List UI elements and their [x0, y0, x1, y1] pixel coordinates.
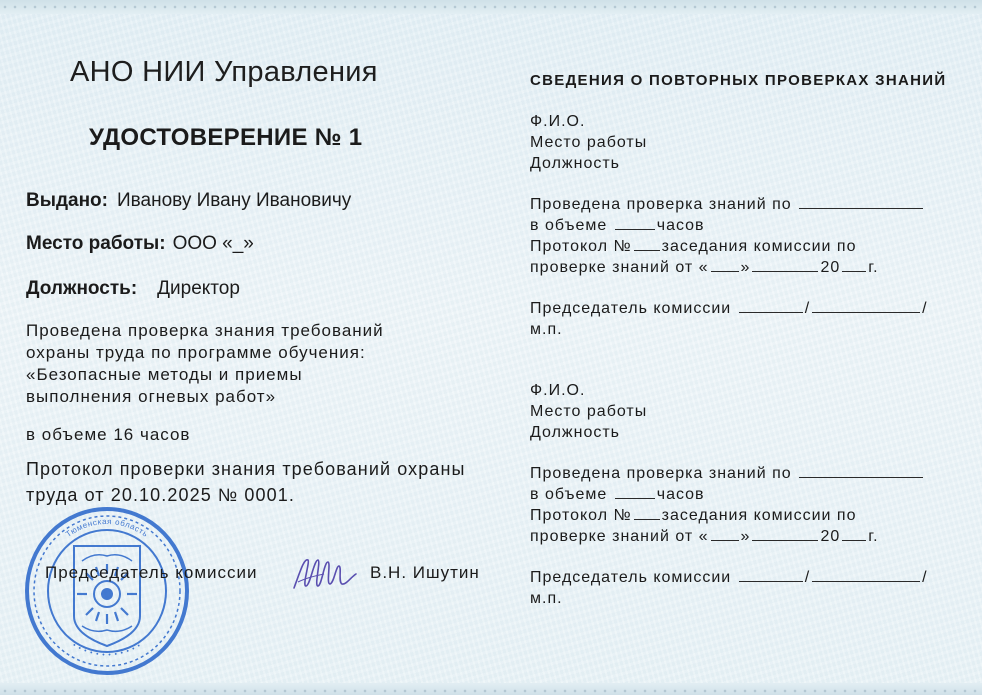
issued-to-value: Иванову Ивану Ивановичу [117, 190, 351, 211]
svg-text:Тюменская область: Тюменская область [64, 517, 150, 539]
seal-label: м.п. [530, 319, 928, 340]
volume-suffix: часов [657, 486, 705, 503]
subject-blank [799, 465, 923, 478]
position-field: Должность:Директор [26, 278, 240, 300]
organization-name: АНО НИИ Управления [70, 56, 378, 89]
name-blank [812, 300, 920, 313]
protocol-prefix: Протокол № [530, 238, 632, 255]
name-blank [812, 569, 920, 582]
slash: / [922, 300, 927, 317]
month-blank [752, 259, 818, 272]
quote-close: » [741, 528, 751, 545]
chair-label: Председатель комиссии [45, 563, 258, 583]
certificate-title: УДОСТОВЕРЕНИЕ № 1 [89, 124, 362, 152]
date-prefix: проверке знаний от « [530, 259, 709, 276]
chair-label: Председатель комиссии [530, 569, 731, 586]
repeat-check-entry-2: Ф.И.О. Место работы Должность Проведена … [530, 380, 928, 609]
month-blank [752, 528, 818, 541]
signature-blank [739, 300, 803, 313]
issued-to-field: Выдано:Иванову Ивану Ивановичу [26, 190, 351, 212]
fio-label: Ф.И.О. [530, 111, 928, 132]
protocol-number-blank [634, 238, 660, 251]
hours-text: в объеме 16 часов [26, 424, 190, 446]
workplace-value: ООО «_» [173, 233, 254, 254]
volume-suffix: часов [657, 217, 705, 234]
date-prefix: проверке знаний от « [530, 528, 709, 545]
protocol-suffix: заседания комиссии по [662, 507, 857, 524]
protocol-number-blank [634, 507, 660, 520]
year-blank [842, 528, 866, 541]
repeat-checks-title: СВЕДЕНИЯ О ПОВТОРНЫХ ПРОВЕРКАХ ЗНАНИЙ [530, 72, 946, 89]
check-text: Проведена проверка знаний по [530, 465, 792, 482]
year-blank [842, 259, 866, 272]
perforated-edge-top [0, 0, 982, 14]
hours-blank [615, 486, 655, 499]
slash: / [922, 569, 927, 586]
day-blank [711, 259, 739, 272]
slash: / [805, 569, 810, 586]
year-suffix: г. [868, 259, 878, 276]
issued-to-label: Выдано: [26, 190, 108, 211]
svg-text:• • • • • • • • • • • •: • • • • • • • • • • • • [71, 642, 143, 659]
round-seal-stamp-icon: Тюменская область • • • • • • • • • • • … [24, 506, 190, 676]
workplace-label: Место работы [530, 401, 928, 422]
protocol-suffix: заседания комиссии по [662, 238, 857, 255]
volume-prefix: в объеме [530, 217, 607, 234]
day-blank [711, 528, 739, 541]
position-label: Должность [530, 153, 928, 174]
perforated-edge-bottom [0, 683, 982, 695]
check-text: Проведена проверка знаний по [530, 196, 792, 213]
workplace-label: Место работы [530, 132, 928, 153]
position-value: Директор [157, 278, 240, 299]
chair-name: В.Н. Ишутин [370, 563, 480, 583]
year-prefix: 20 [820, 528, 840, 545]
repeat-check-entry-1: Ф.И.О. Место работы Должность Проведена … [530, 111, 928, 340]
quote-close: » [741, 259, 751, 276]
year-prefix: 20 [820, 259, 840, 276]
workplace-field: Место работы:ООО «_» [26, 233, 254, 255]
slash: / [805, 300, 810, 317]
protocol-text: Протокол проверки знания требований охра… [26, 456, 466, 508]
position-label: Должность [530, 422, 928, 443]
workplace-label: Место работы: [26, 233, 166, 254]
handwritten-signature-icon [290, 552, 358, 594]
chair-label: Председатель комиссии [530, 300, 731, 317]
protocol-prefix: Протокол № [530, 507, 632, 524]
hours-blank [615, 217, 655, 230]
signature-blank [739, 569, 803, 582]
subject-blank [799, 196, 923, 209]
year-suffix: г. [868, 528, 878, 545]
seal-label: м.п. [530, 588, 928, 609]
volume-prefix: в объеме [530, 486, 607, 503]
fio-label: Ф.И.О. [530, 380, 928, 401]
program-text: Проведена проверка знания требований охр… [26, 320, 384, 408]
position-label: Должность: [26, 278, 137, 299]
